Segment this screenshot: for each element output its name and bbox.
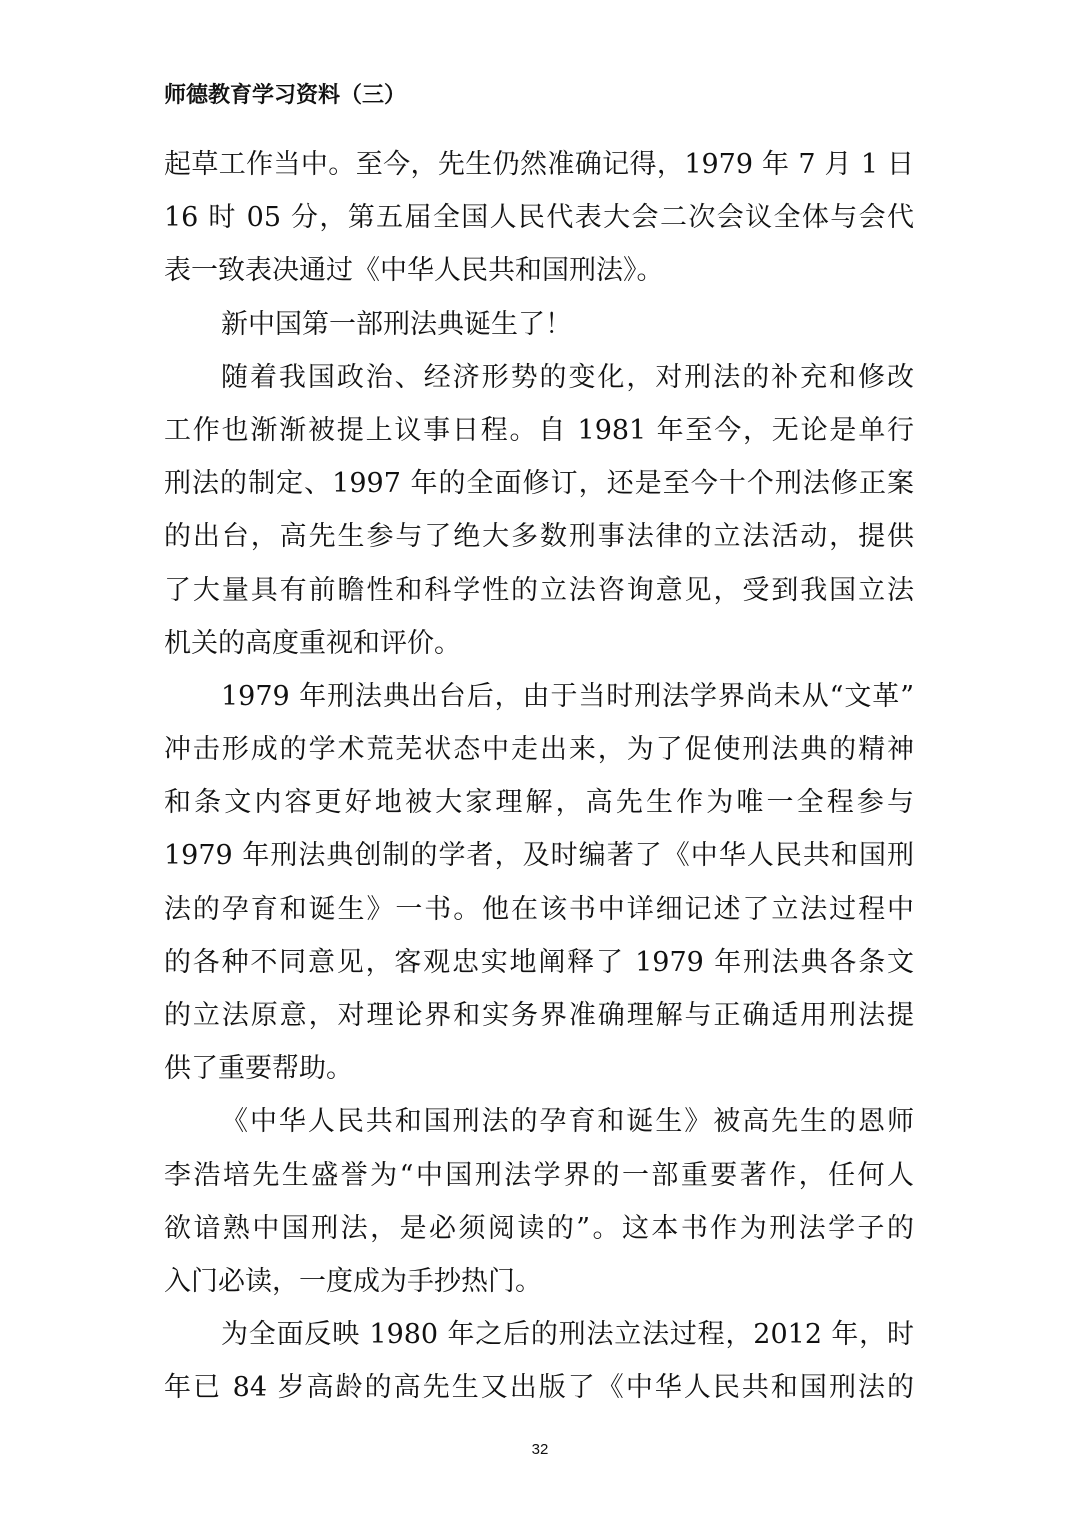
text-line: 了大量具有前瞻性和科学性的立法咨询意见，受到我国立法 [164, 564, 914, 617]
text-line: 的各种不同意见，客观忠实地阐释了 1979 年刑法典各条文 [164, 936, 914, 989]
text-line: 欲谙熟中国刑法，是必须阅读的”。这本书作为刑法学子的 [164, 1202, 914, 1255]
text-line: 供了重要帮助。 [164, 1042, 914, 1095]
text-line: 工作也渐渐被提上议事日程。自 1981 年至今，无论是单行 [164, 404, 914, 457]
paragraph: 为全面反映 1980 年之后的刑法立法过程，2012 年，时 年已 84 岁高龄… [164, 1308, 914, 1414]
page-number: 32 [0, 1441, 1080, 1458]
text-line: 新中国第一部刑法典诞生了！ [164, 298, 914, 351]
text-line: 年已 84 岁高龄的高先生又出版了《中华人民共和国刑法的 [164, 1361, 914, 1414]
paragraph: 《中华人民共和国刑法的孕育和诞生》被高先生的恩师 李浩培先生盛誉为“中国刑法学界… [164, 1095, 914, 1308]
text-line: 1979 年刑法典出台后，由于当时刑法学界尚未从“文革” [164, 670, 914, 723]
text-line: 的立法原意，对理论界和实务界准确理解与正确适用刑法提 [164, 989, 914, 1042]
text-line: 法的孕育和诞生》一书。他在该书中详细记述了立法过程中 [164, 883, 914, 936]
running-header: 师德教育学习资料（三） [164, 78, 406, 109]
text-line: 的出台，高先生参与了绝大多数刑事法律的立法活动，提供 [164, 510, 914, 563]
text-line: 冲击形成的学术荒芜状态中走出来，为了促使刑法典的精神 [164, 723, 914, 776]
text-line: 和条文内容更好地被大家理解，高先生作为唯一全程参与 [164, 776, 914, 829]
paragraph: 新中国第一部刑法典诞生了！ [164, 298, 914, 351]
text-line: 入门必读，一度成为手抄热门。 [164, 1255, 914, 1308]
text-line: 1979 年刑法典创制的学者，及时编著了《中华人民共和国刑 [164, 829, 914, 882]
text-line: 为全面反映 1980 年之后的刑法立法过程，2012 年，时 [164, 1308, 914, 1361]
text-line: 16 时 05 分，第五届全国人民代表大会二次会议全体与会代 [164, 191, 914, 244]
paragraph: 1979 年刑法典出台后，由于当时刑法学界尚未从“文革” 冲击形成的学术荒芜状态… [164, 670, 914, 1096]
paragraph: 随着我国政治、经济形势的变化，对刑法的补充和修改 工作也渐渐被提上议事日程。自 … [164, 351, 914, 670]
text-line: 《中华人民共和国刑法的孕育和诞生》被高先生的恩师 [164, 1095, 914, 1148]
paragraph: 起草工作当中。至今，先生仍然准确记得，1979 年 7 月 1 日 16 时 0… [164, 138, 914, 298]
text-line: 表一致表决通过《中华人民共和国刑法》。 [164, 244, 914, 297]
text-line: 刑法的制定、1997 年的全面修订，还是至今十个刑法修正案 [164, 457, 914, 510]
document-page: 师德教育学习资料（三） 起草工作当中。至今，先生仍然准确记得，1979 年 7 … [0, 0, 1080, 1527]
text-line: 李浩培先生盛誉为“中国刑法学界的一部重要著作，任何人 [164, 1149, 914, 1202]
body-text: 起草工作当中。至今，先生仍然准确记得，1979 年 7 月 1 日 16 时 0… [164, 138, 914, 1415]
text-line: 机关的高度重视和评价。 [164, 617, 914, 670]
text-line: 随着我国政治、经济形势的变化，对刑法的补充和修改 [164, 351, 914, 404]
text-line: 起草工作当中。至今，先生仍然准确记得，1979 年 7 月 1 日 [164, 138, 914, 191]
